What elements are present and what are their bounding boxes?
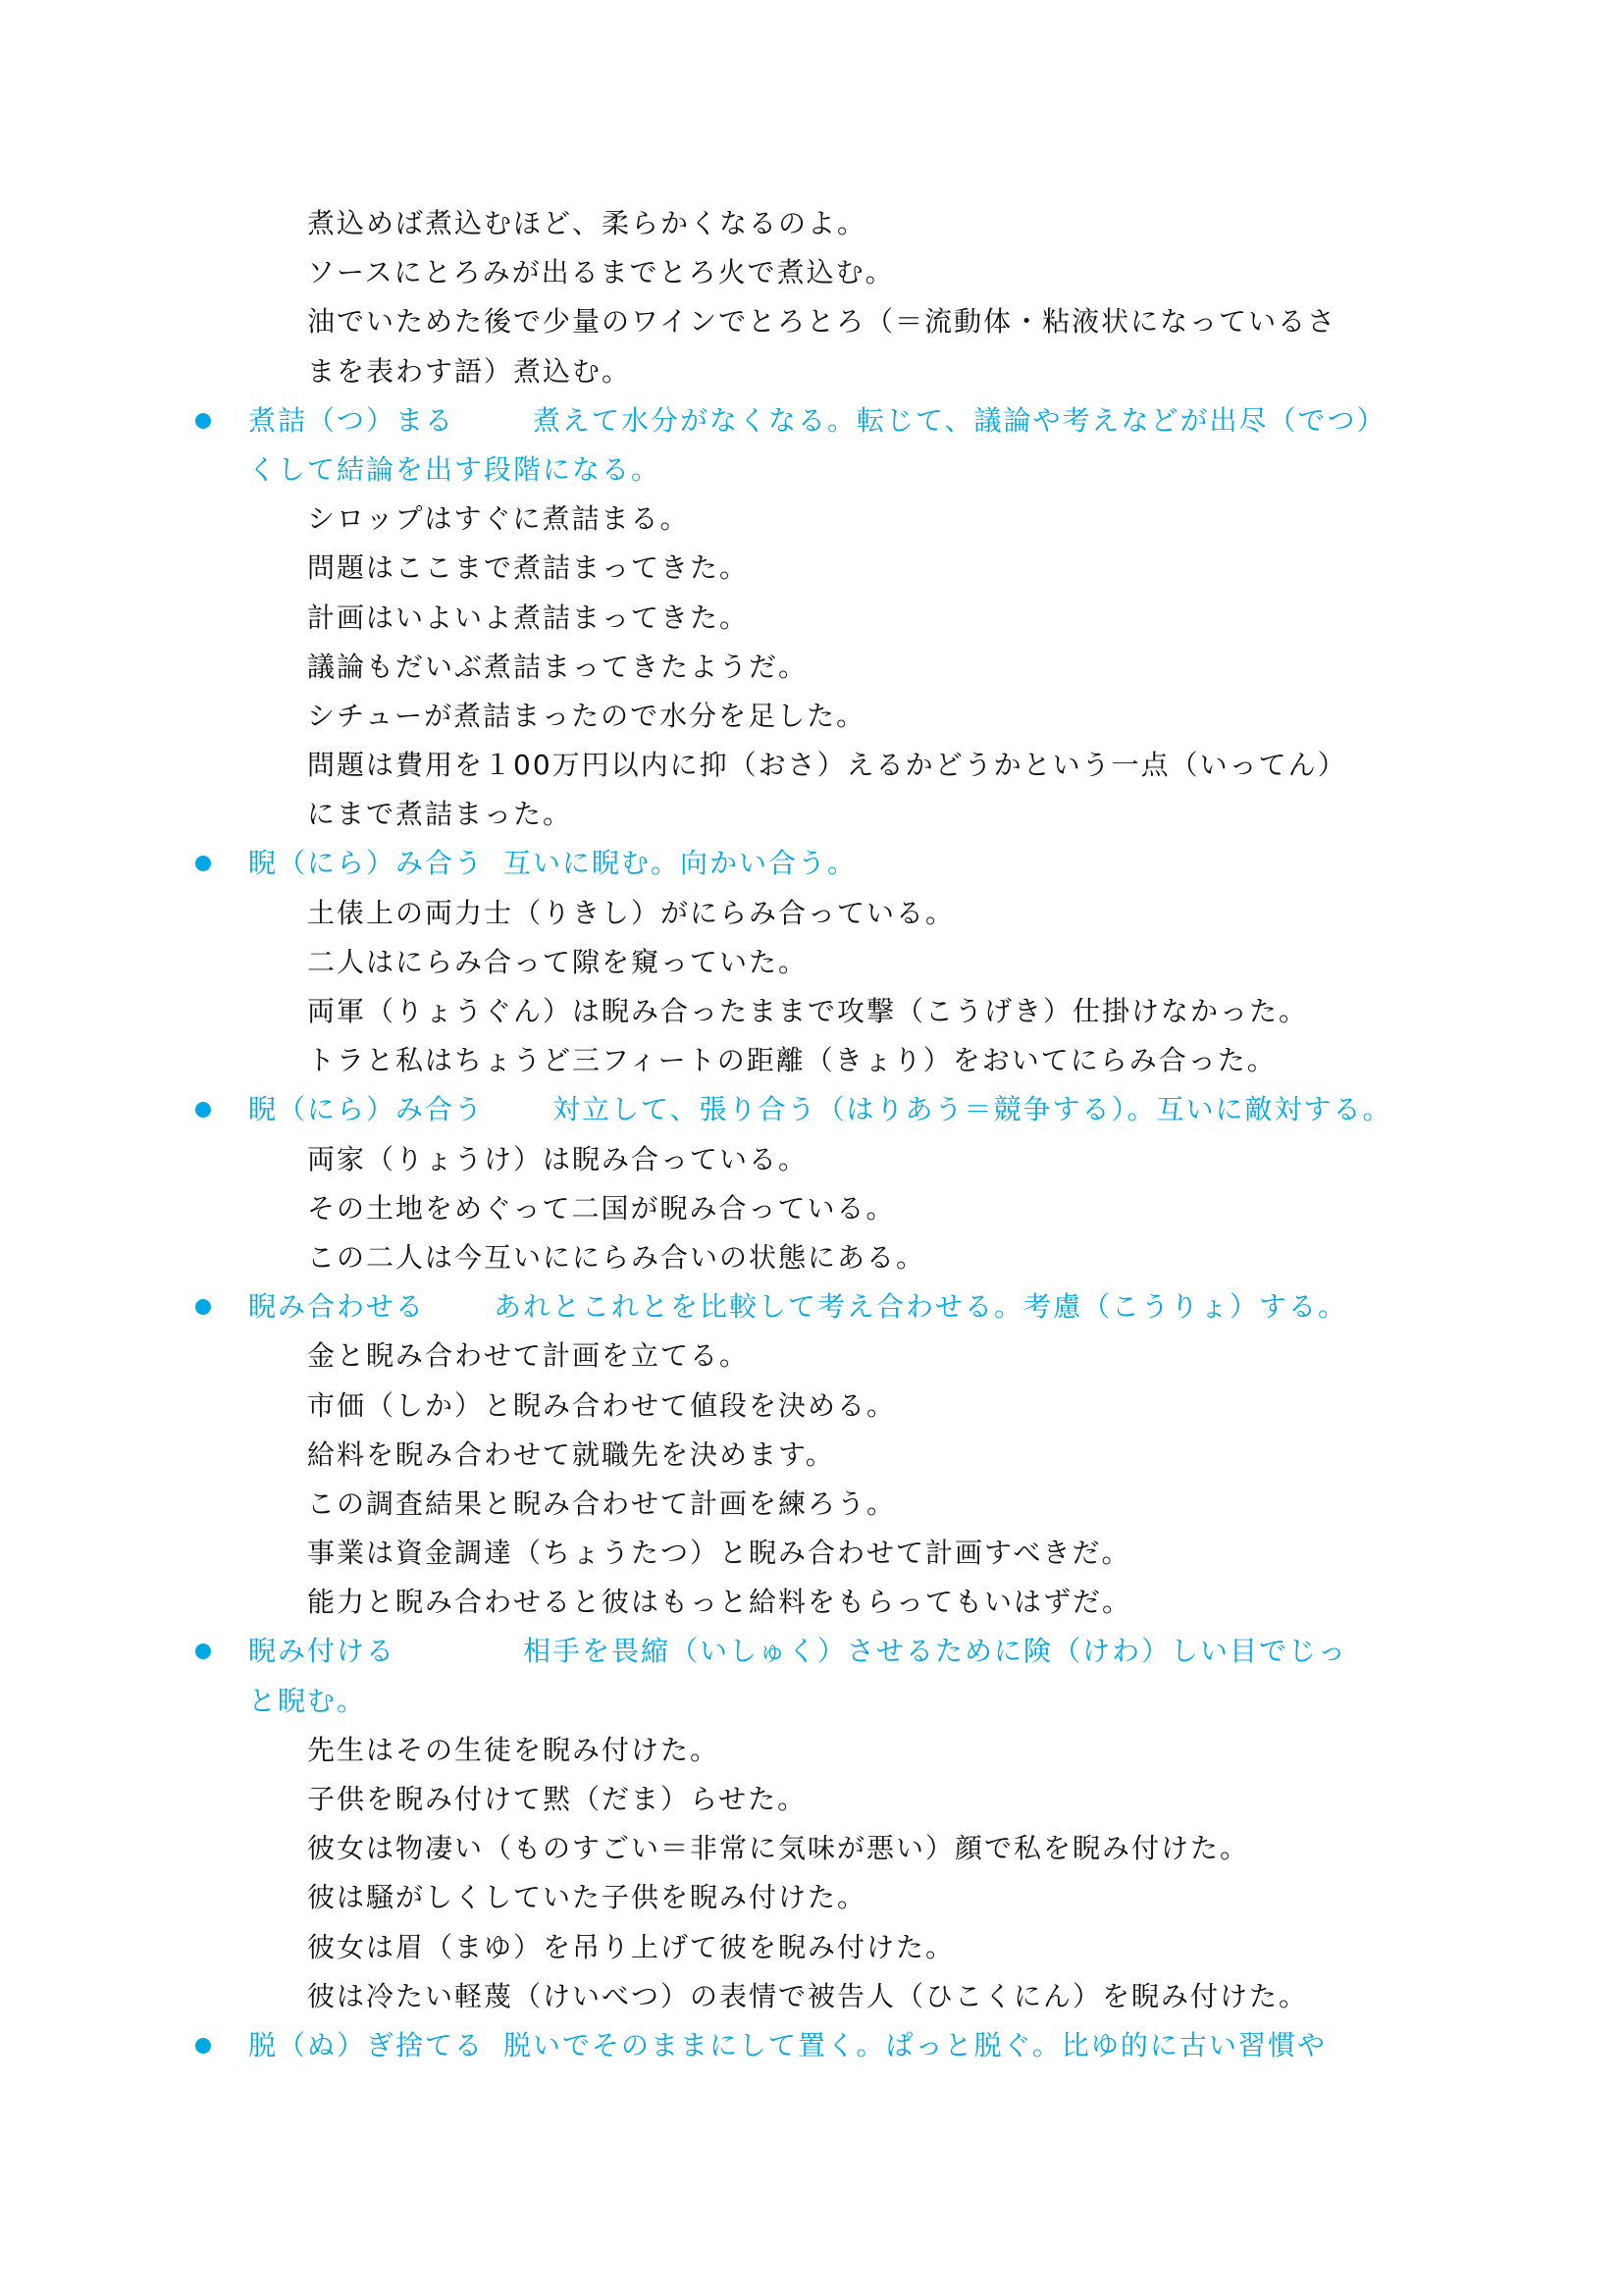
definition: 対立して、張り合う（はりあう＝競争する）。互いに敵対する。 bbox=[552, 1093, 1391, 1125]
example-sentence: 問題はここまで煮詰まってきた。 bbox=[0, 544, 1624, 593]
example-sentence: その土地をめぐって二国が睨み合っている。 bbox=[0, 1184, 1624, 1233]
example-sentence: 煮込めば煮込むほど、柔らかくなるのよ。 bbox=[0, 199, 1624, 248]
example-sentence: 彼女は物凄い（ものすごい＝非常に気味が悪い）顔で私を睨み付けた。 bbox=[0, 1824, 1624, 1873]
entry-heading: 睨（にら）み合う対立して、張り合う（はりあう＝競争する）。互いに敵対する。 bbox=[0, 1085, 1624, 1134]
bullet-icon bbox=[195, 413, 211, 429]
definition: 脱いでそのままにして置く。ぱっと脱ぐ。比ゆ的に古い習慣や bbox=[503, 2029, 1327, 2061]
definition: あれとこれとを比較して考え合わせる。考慮（こうりょ）する。 bbox=[494, 1290, 1347, 1323]
bullet-icon bbox=[195, 856, 211, 871]
example-sentence: 両家（りょうけ）は睨み合っている。 bbox=[0, 1135, 1624, 1184]
bullet-icon bbox=[195, 1102, 211, 1118]
bullet-icon bbox=[195, 1299, 211, 1315]
example-sentence: 能力と睨み合わせると彼はもっと給料をもらってもいはずだ。 bbox=[0, 1578, 1624, 1627]
example-sentence: 市価（しか）と睨み合わせて値段を決める。 bbox=[0, 1382, 1624, 1431]
entry-heading: 脱（ぬ）ぎ捨てる脱いでそのままにして置く。ぱっと脱ぐ。比ゆ的に古い習慣や bbox=[0, 2021, 1624, 2070]
headword: 睨み付ける bbox=[248, 1635, 395, 1667]
example-sentence: シロップはすぐに煮詰まる。 bbox=[0, 495, 1624, 544]
headword: 睨（にら）み合う bbox=[248, 1093, 484, 1125]
definition-continuation: くして結論を出す段階になる。 bbox=[0, 445, 1624, 495]
example-sentence: まを表わす語）煮込む。 bbox=[0, 347, 1624, 396]
example-sentence: 事業は資金調達（ちょうたつ）と睨み合わせて計画すべきだ。 bbox=[0, 1529, 1624, 1578]
entry-heading: 睨（にら）み合う互いに睨む。向かい合う。 bbox=[0, 839, 1624, 888]
headword: 睨（にら）み合う bbox=[248, 847, 484, 879]
document-page: 煮込めば煮込むほど、柔らかくなるのよ。ソースにとろみが出るまでとろ火で煮込む。油… bbox=[0, 199, 1624, 2070]
example-sentence: にまで煮詰まった。 bbox=[0, 790, 1624, 839]
example-sentence: ソースにとろみが出るまでとろ火で煮込む。 bbox=[0, 248, 1624, 297]
example-sentence: 二人はにらみ合って隙を窺っていた。 bbox=[0, 938, 1624, 987]
example-sentence: シチューが煮詰まったので水分を足した。 bbox=[0, 692, 1624, 741]
bullet-icon bbox=[195, 1644, 211, 1659]
entry-heading: 睨み付ける相手を畏縮（いしゅく）させるために険（けわ）しい目でじっ bbox=[0, 1627, 1624, 1676]
definition: 相手を畏縮（いしゅく）させるために険（けわ）しい目でじっ bbox=[523, 1635, 1347, 1667]
example-sentence: 彼は騒がしくしていた子供を睨み付けた。 bbox=[0, 1873, 1624, 1922]
definition: 互いに睨む。向かい合う。 bbox=[503, 847, 857, 879]
bullet-icon bbox=[195, 2038, 211, 2054]
entry-heading: 煮詰（つ）まる煮えて水分がなくなる。転じて、議論や考えなどが出尽（でつ） bbox=[0, 396, 1624, 445]
example-sentence: この調査結果と睨み合わせて計画を練ろう。 bbox=[0, 1480, 1624, 1529]
example-sentence: 問題は費用を１00万円以内に抑（おさ）えるかどうかという一点（いってん） bbox=[0, 741, 1624, 790]
definition-continuation: と睨む。 bbox=[0, 1677, 1624, 1726]
example-sentence: 両軍（りょうぐん）は睨み合ったままで攻撃（こうげき）仕掛けなかった。 bbox=[0, 987, 1624, 1036]
example-sentence: 先生はその生徒を睨み付けた。 bbox=[0, 1726, 1624, 1775]
entry-heading: 睨み合わせるあれとこれとを比較して考え合わせる。考慮（こうりょ）する。 bbox=[0, 1282, 1624, 1331]
example-sentence: 土俵上の両力士（りきし）がにらみ合っている。 bbox=[0, 889, 1624, 938]
example-sentence: 金と睨み合わせて計画を立てる。 bbox=[0, 1331, 1624, 1381]
example-sentence: 彼は冷たい軽蔑（けいべつ）の表情で被告人（ひこくにん）を睨み付けた。 bbox=[0, 1972, 1624, 2021]
example-sentence: この二人は今互いににらみ合いの状態にある。 bbox=[0, 1233, 1624, 1282]
example-sentence: 子供を睨み付けて黙（だま）らせた。 bbox=[0, 1775, 1624, 1824]
example-sentence: 給料を睨み合わせて就職先を決めます。 bbox=[0, 1431, 1624, 1480]
definition: 煮えて水分がなくなる。転じて、議論や考えなどが出尽（でつ） bbox=[533, 404, 1386, 437]
headword: 睨み合わせる bbox=[248, 1290, 425, 1323]
example-sentence: 計画はいよいよ煮詰まってきた。 bbox=[0, 594, 1624, 643]
example-sentence: 油でいためた後で少量のワインでとろとろ（＝流動体・粘液状になっているさ bbox=[0, 297, 1624, 346]
example-sentence: トラと私はちょうど三フィートの距離（きょり）をおいてにらみ合った。 bbox=[0, 1036, 1624, 1085]
example-sentence: 議論もだいぶ煮詰まってきたようだ。 bbox=[0, 643, 1624, 692]
headword: 煮詰（つ）まる bbox=[248, 404, 454, 437]
example-sentence: 彼女は眉（まゆ）を吊り上げて彼を睨み付けた。 bbox=[0, 1923, 1624, 1972]
headword: 脱（ぬ）ぎ捨てる bbox=[248, 2029, 484, 2061]
